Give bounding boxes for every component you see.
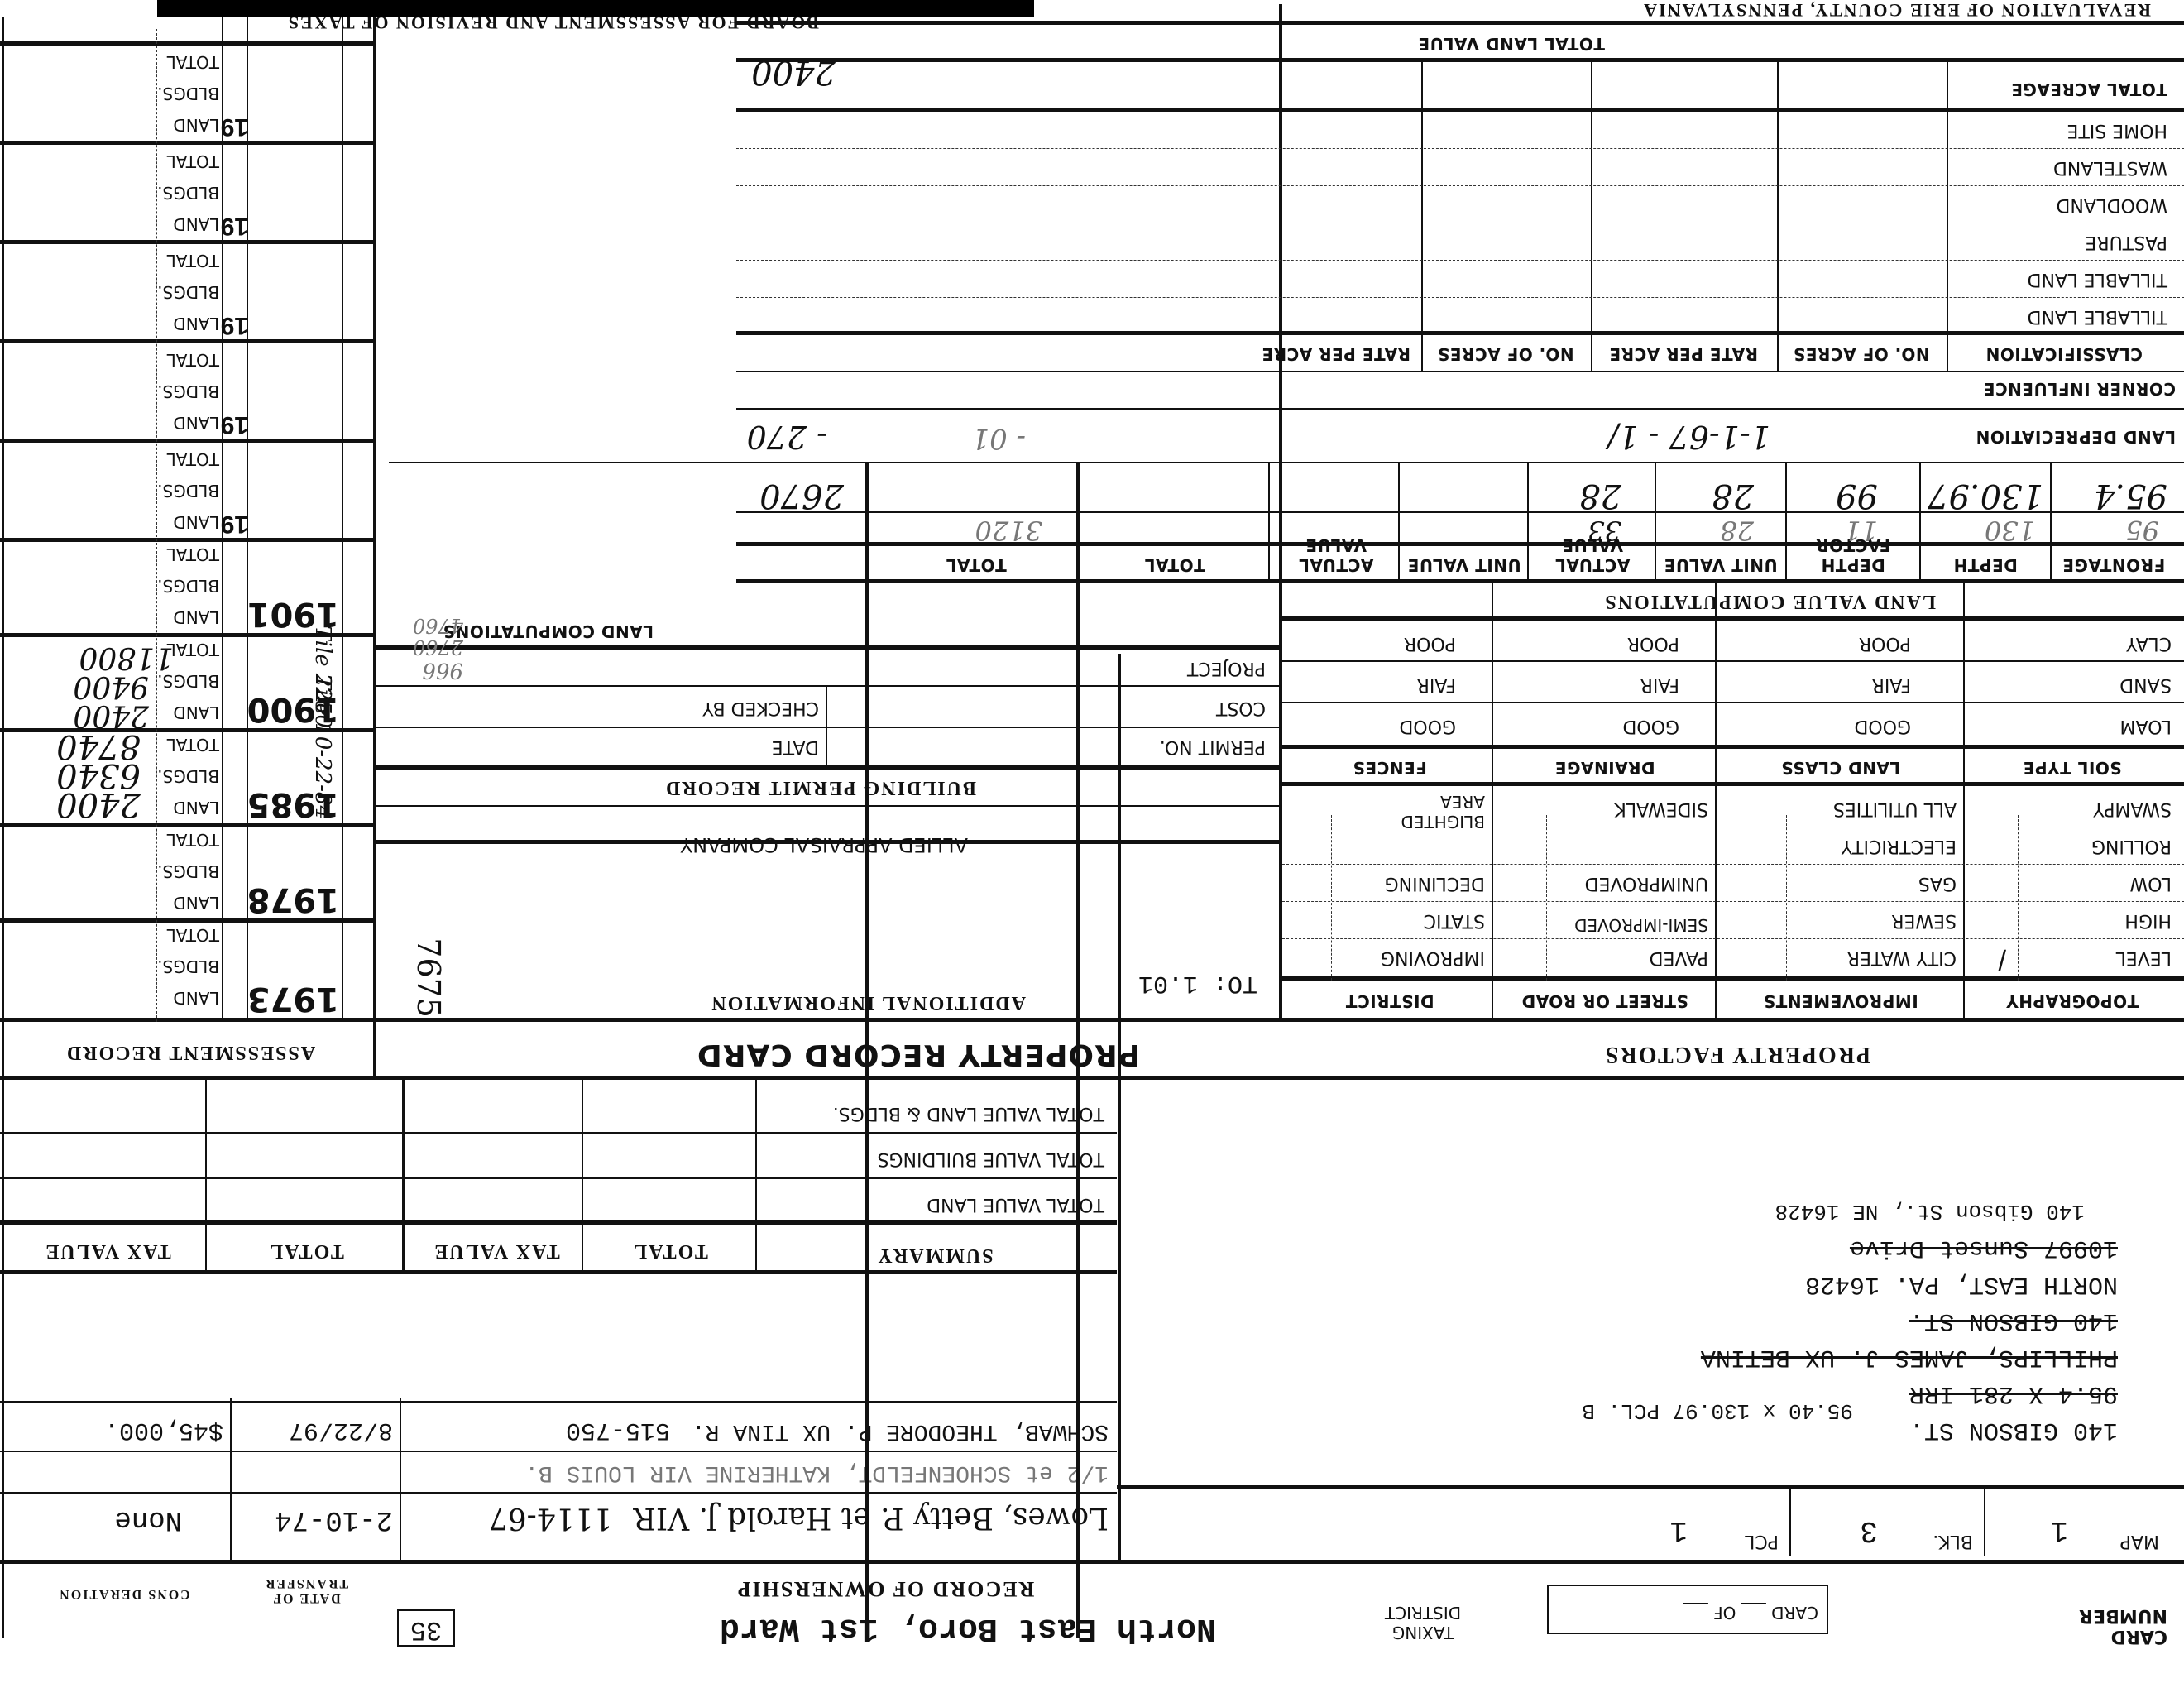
- summary-col-tax-value: TAX VALUE: [414, 1240, 579, 1262]
- company-name: ALLIED APPRAISAL COMPANY: [681, 833, 969, 856]
- building-permit-label: BUILDING PERMIT RECORD: [664, 776, 976, 798]
- assess-00-land: 2400: [73, 698, 149, 732]
- assessment-row-labels: LANDBLDGS.TOTAL: [157, 46, 219, 141]
- factor-low[interactable]: LOW: [2129, 873, 2172, 894]
- soil-sand[interactable]: SAND: [2119, 674, 2172, 695]
- class-tillable-land: TILLABLE LAND: [2028, 306, 2167, 327]
- col-depth: DEPTH: [1923, 555, 2047, 575]
- factor-swampy[interactable]: SWAMPY: [2093, 798, 2172, 819]
- assessment-row-labels: LANDBLDGS.TOTAL: [157, 539, 219, 633]
- factor-gas[interactable]: GAS: [1918, 873, 1956, 894]
- property-factors-title: PROPERTY FACTORS: [1291, 1041, 2184, 1067]
- no-acres-header: NO. OF ACRES: [1779, 344, 1944, 364]
- address-line: 10997 Sunset Drive: [1208, 1230, 2118, 1266]
- rate-per-acre-header: RATE PER ACRE: [1592, 344, 1774, 364]
- revaluation-title: REVALUATION OF ERIE COUNTY, PENNSYLVANIA: [1642, 0, 2151, 21]
- summary-col-total: TOTAL: [587, 1240, 753, 1262]
- rate-per-acre-header-2: RATE PER ACRE: [1253, 344, 1419, 364]
- checked-by-label: CHECKED BY: [702, 698, 819, 718]
- actual-value: 28: [1579, 477, 1621, 515]
- blk-label: BLK.: [1933, 1531, 1973, 1551]
- assessment-row-labels: LANDBLDGS.TOTAL: [157, 729, 219, 823]
- frontage-value: 95.4: [2094, 477, 2167, 515]
- col-total-2: TOTAL: [881, 555, 1071, 575]
- col-total: TOTAL: [1084, 555, 1266, 575]
- ownership-entry-2: 1/2 et SCHOENFELDT, KATHERINE VIR LOUIS …: [524, 1460, 1109, 1485]
- depth-factor-value-2: 11: [1844, 515, 1878, 546]
- no-acres-header-2: NO. OF ACRES: [1423, 344, 1588, 364]
- assess-85-total: 8740: [56, 727, 141, 765]
- card-title: PROPERTY RECORD CARD: [563, 1038, 1274, 1072]
- total-land-value-label: TOTAL LAND VALUE: [1418, 34, 1605, 54]
- ownership-entry-1: Lowes, Betty P. et Harold J. VIR 1114-67: [489, 1501, 1109, 1535]
- soil-loam[interactable]: LOAM: [2120, 716, 2172, 736]
- permit-no-label: PERMIT NO.: [1160, 736, 1266, 757]
- additional-info-label: ADDITIONAL INFORMATION: [710, 991, 1026, 1014]
- year-73: 1973: [248, 980, 339, 1018]
- col-unit-value: UNIT VALUE: [1659, 555, 1783, 575]
- factor-static[interactable]: STATIC: [1424, 910, 1485, 931]
- drainage-fair[interactable]: FAIR: [1640, 674, 1679, 695]
- soil-clay[interactable]: CLAY: [2126, 633, 2172, 654]
- ownership-deed-3: 515-750: [566, 1416, 670, 1444]
- factor-semi-improved[interactable]: SEMI-IMPROVED: [1559, 915, 1708, 935]
- year-prefix-blank: 19: [221, 113, 248, 141]
- checkmark-icon: /: [1999, 942, 2006, 975]
- factor-paved[interactable]: PAVED: [1650, 947, 1708, 968]
- additional-info-value: TO: 1.01: [1138, 969, 1257, 997]
- assessment-row-labels: LANDBLDGS.TOTAL: [157, 245, 219, 339]
- class-wasteland: WASTELAND: [2053, 157, 2167, 178]
- land-class-header: LAND CLASS: [1721, 758, 1961, 778]
- land-class-poor[interactable]: POOR: [1859, 633, 1911, 654]
- depth-factor-value: 99: [1836, 477, 1878, 515]
- assessment-row-labels: LANDBLDGS.TOTAL: [157, 634, 219, 728]
- scan-edge-bar: [157, 0, 1034, 17]
- page-number-box: 35: [397, 1609, 455, 1647]
- date-label: DATE: [772, 736, 819, 757]
- project-label: PROJECT: [1187, 658, 1266, 679]
- blk-value: 3: [1860, 1513, 1878, 1547]
- consideration-label: CONS DERATION: [25, 1586, 223, 1601]
- factor-electricity[interactable]: ELECTRICITY: [1842, 836, 1956, 856]
- address-line: 140 GIBSON ST.: [1208, 1302, 2118, 1339]
- land-value-computations-title: LAND VALUE COMPUTATIONS: [1603, 590, 1936, 612]
- soil-type-header: SOIL TYPE: [1969, 758, 2176, 778]
- improvements-header: IMPROVEMENTS: [1721, 991, 1961, 1011]
- summary-label: SUMMARY: [761, 1244, 1109, 1266]
- summary-row-buildings: TOTAL VALUE BUILDINGS: [878, 1149, 1104, 1169]
- summary-row-total: TOTAL VALUE LAND & BLDGS.: [833, 1103, 1104, 1124]
- total-value-b: 3120: [975, 515, 1042, 546]
- factor-rolling[interactable]: ROLLING: [2091, 836, 2172, 856]
- side-note-2: Tile 2250: [310, 626, 335, 728]
- depreciation-total: - 270: [747, 419, 827, 455]
- total-value: 2670: [759, 477, 844, 515]
- card-number-label: CARD NUMBER: [2060, 1605, 2167, 1647]
- property-record-card: CARD NUMBER CARD ___ OF ___ TAXING DISTR…: [0, 0, 2184, 1688]
- assessment-row-labels: LANDBLDGS.TOTAL: [157, 444, 219, 538]
- actual-value-2: 33: [1588, 515, 1621, 546]
- ownership-consideration-3: $45,000.: [104, 1416, 223, 1444]
- land-class-fair[interactable]: FAIR: [1872, 674, 1911, 695]
- land-computations-label: LAND COMPUTATIONS: [443, 621, 654, 641]
- side-number: 7675: [410, 938, 447, 1018]
- depreciation-total-b: - 01: [971, 422, 1026, 455]
- factor-improving[interactable]: IMPROVING: [1381, 947, 1485, 968]
- fences-fair[interactable]: FAIR: [1417, 674, 1456, 695]
- corner-influence-label: CORNER INFLUENCE: [1983, 379, 2176, 399]
- year-prefix-blank: 19: [221, 311, 248, 339]
- year-prefix-blank: 19: [221, 510, 248, 538]
- date-of-transfer-label: DATE OF TRANSFER: [232, 1575, 381, 1605]
- year-prefix-blank: 19: [221, 212, 248, 240]
- total-land-value: 2400: [751, 53, 836, 91]
- drainage-header: DRAINAGE: [1497, 758, 1712, 778]
- district-header: DISTRICT: [1291, 991, 1489, 1011]
- summary-col-tax-value-2: TAX VALUE: [17, 1240, 199, 1262]
- class-home-site: HOME SITE: [2067, 120, 2167, 141]
- class-pasture: PASTURE: [2085, 232, 2167, 252]
- taxing-district-label: TAXING DISTRICT: [1357, 1603, 1489, 1642]
- street-header: STREET OR ROAD: [1497, 991, 1712, 1011]
- factor-declining[interactable]: DECLINING: [1385, 873, 1485, 894]
- factor-all-utilities[interactable]: ALL UTILITIES: [1833, 798, 1956, 819]
- class-woodland: WOODLAND: [2056, 194, 2167, 215]
- lot-dimensions: 95.40 x 130.97 PCL. B: [1582, 1398, 1853, 1423]
- assessment-row-labels: LANDBLDGS.TOTAL: [157, 919, 219, 1014]
- factor-blighted-area[interactable]: BLIGHTED AREA: [1361, 792, 1485, 832]
- ownership-date-3: 8/22/97: [289, 1416, 393, 1444]
- factor-high[interactable]: HIGH: [2124, 910, 2172, 931]
- unit-value: 28: [1712, 477, 1754, 515]
- map-value: 1: [2050, 1513, 2068, 1547]
- assess-00-bldgs: 9400: [73, 669, 149, 703]
- fences-poor[interactable]: POOR: [1404, 633, 1456, 654]
- factor-level[interactable]: LEVEL: [2116, 947, 2172, 968]
- cost-label: COST: [1216, 698, 1266, 718]
- frontage-value-2: 95: [2125, 515, 2159, 546]
- assessment-row-labels: LANDBLDGS.TOTAL: [157, 344, 219, 439]
- factor-sewer[interactable]: SEWER: [1891, 910, 1956, 931]
- unit-value-2: 28: [1720, 515, 1754, 546]
- land-class-good[interactable]: GOOD: [1854, 716, 1911, 736]
- class-tillable-land-2: TILLABLE LAND: [2028, 269, 2167, 290]
- land-computation-note-3: 966: [422, 658, 463, 683]
- pcl-label: PCL: [1745, 1531, 1779, 1551]
- card-of-box: CARD ___ OF ___: [1547, 1585, 1828, 1634]
- land-depreciation-label: LAND DEPRECIATION: [1976, 427, 2176, 447]
- address-line: 140 Gibson St., NE 16428: [1208, 1193, 2085, 1230]
- class-total-acreage: TOTAL ACREAGE: [2011, 79, 2167, 99]
- year-prefix-blank: 19: [221, 410, 248, 439]
- depth-value: 130.97: [1928, 477, 2043, 515]
- topography-header: TOPOGRAPHY: [1969, 991, 2176, 1011]
- ownership-consideration-1: None: [114, 1503, 182, 1535]
- depth-value-2: 130: [1985, 515, 2035, 546]
- taxing-district-value: North East Boro, 1st Ward: [720, 1609, 1216, 1647]
- classification-header: CLASSIFICATION: [1952, 344, 2176, 364]
- ownership-title: RECORD OF OWNERSHIP: [670, 1576, 1100, 1601]
- ownership-date-1: 2-10-74: [275, 1503, 393, 1535]
- map-label: MAP: [2120, 1531, 2159, 1551]
- pcl-value: 1: [1669, 1513, 1688, 1547]
- col-frontage: FRONTAGE: [2052, 555, 2176, 575]
- land-computations-notes: 2760 4760: [413, 615, 463, 658]
- assessment-record-title: ASSESSMENT RECORD: [8, 1041, 372, 1063]
- ownership-entry-3: SCHWAB, THEODORE P. UX TINA R.: [692, 1418, 1109, 1444]
- factor-unimproved[interactable]: UNIMPROVED: [1585, 873, 1708, 894]
- assessment-row-labels: LANDBLDGS.TOTAL: [157, 824, 219, 918]
- fences-good[interactable]: GOOD: [1399, 716, 1456, 736]
- summary-col-total-2: TOTAL: [215, 1240, 397, 1262]
- col-unit-value-2: UNIT VALUE: [1402, 555, 1526, 575]
- drainage-poor[interactable]: POOR: [1627, 633, 1679, 654]
- fences-header: FENCES: [1291, 758, 1489, 778]
- land-depreciation-note: 1-1-67 - 1/: [1608, 419, 1770, 455]
- address-line: PHILLIPS, JAMES J. UX BETINA: [1208, 1339, 2118, 1375]
- address-line: NORTH EAST, PA. 16428: [1208, 1266, 2118, 1302]
- assessment-row-labels: LANDBLDGS.TOTAL: [157, 146, 219, 240]
- year-78: 1978: [248, 880, 339, 918]
- drainage-good[interactable]: GOOD: [1622, 716, 1679, 736]
- factor-sidewalk[interactable]: SIDEWALK: [1614, 798, 1708, 819]
- factor-city-water[interactable]: CITY WATER: [1847, 947, 1956, 968]
